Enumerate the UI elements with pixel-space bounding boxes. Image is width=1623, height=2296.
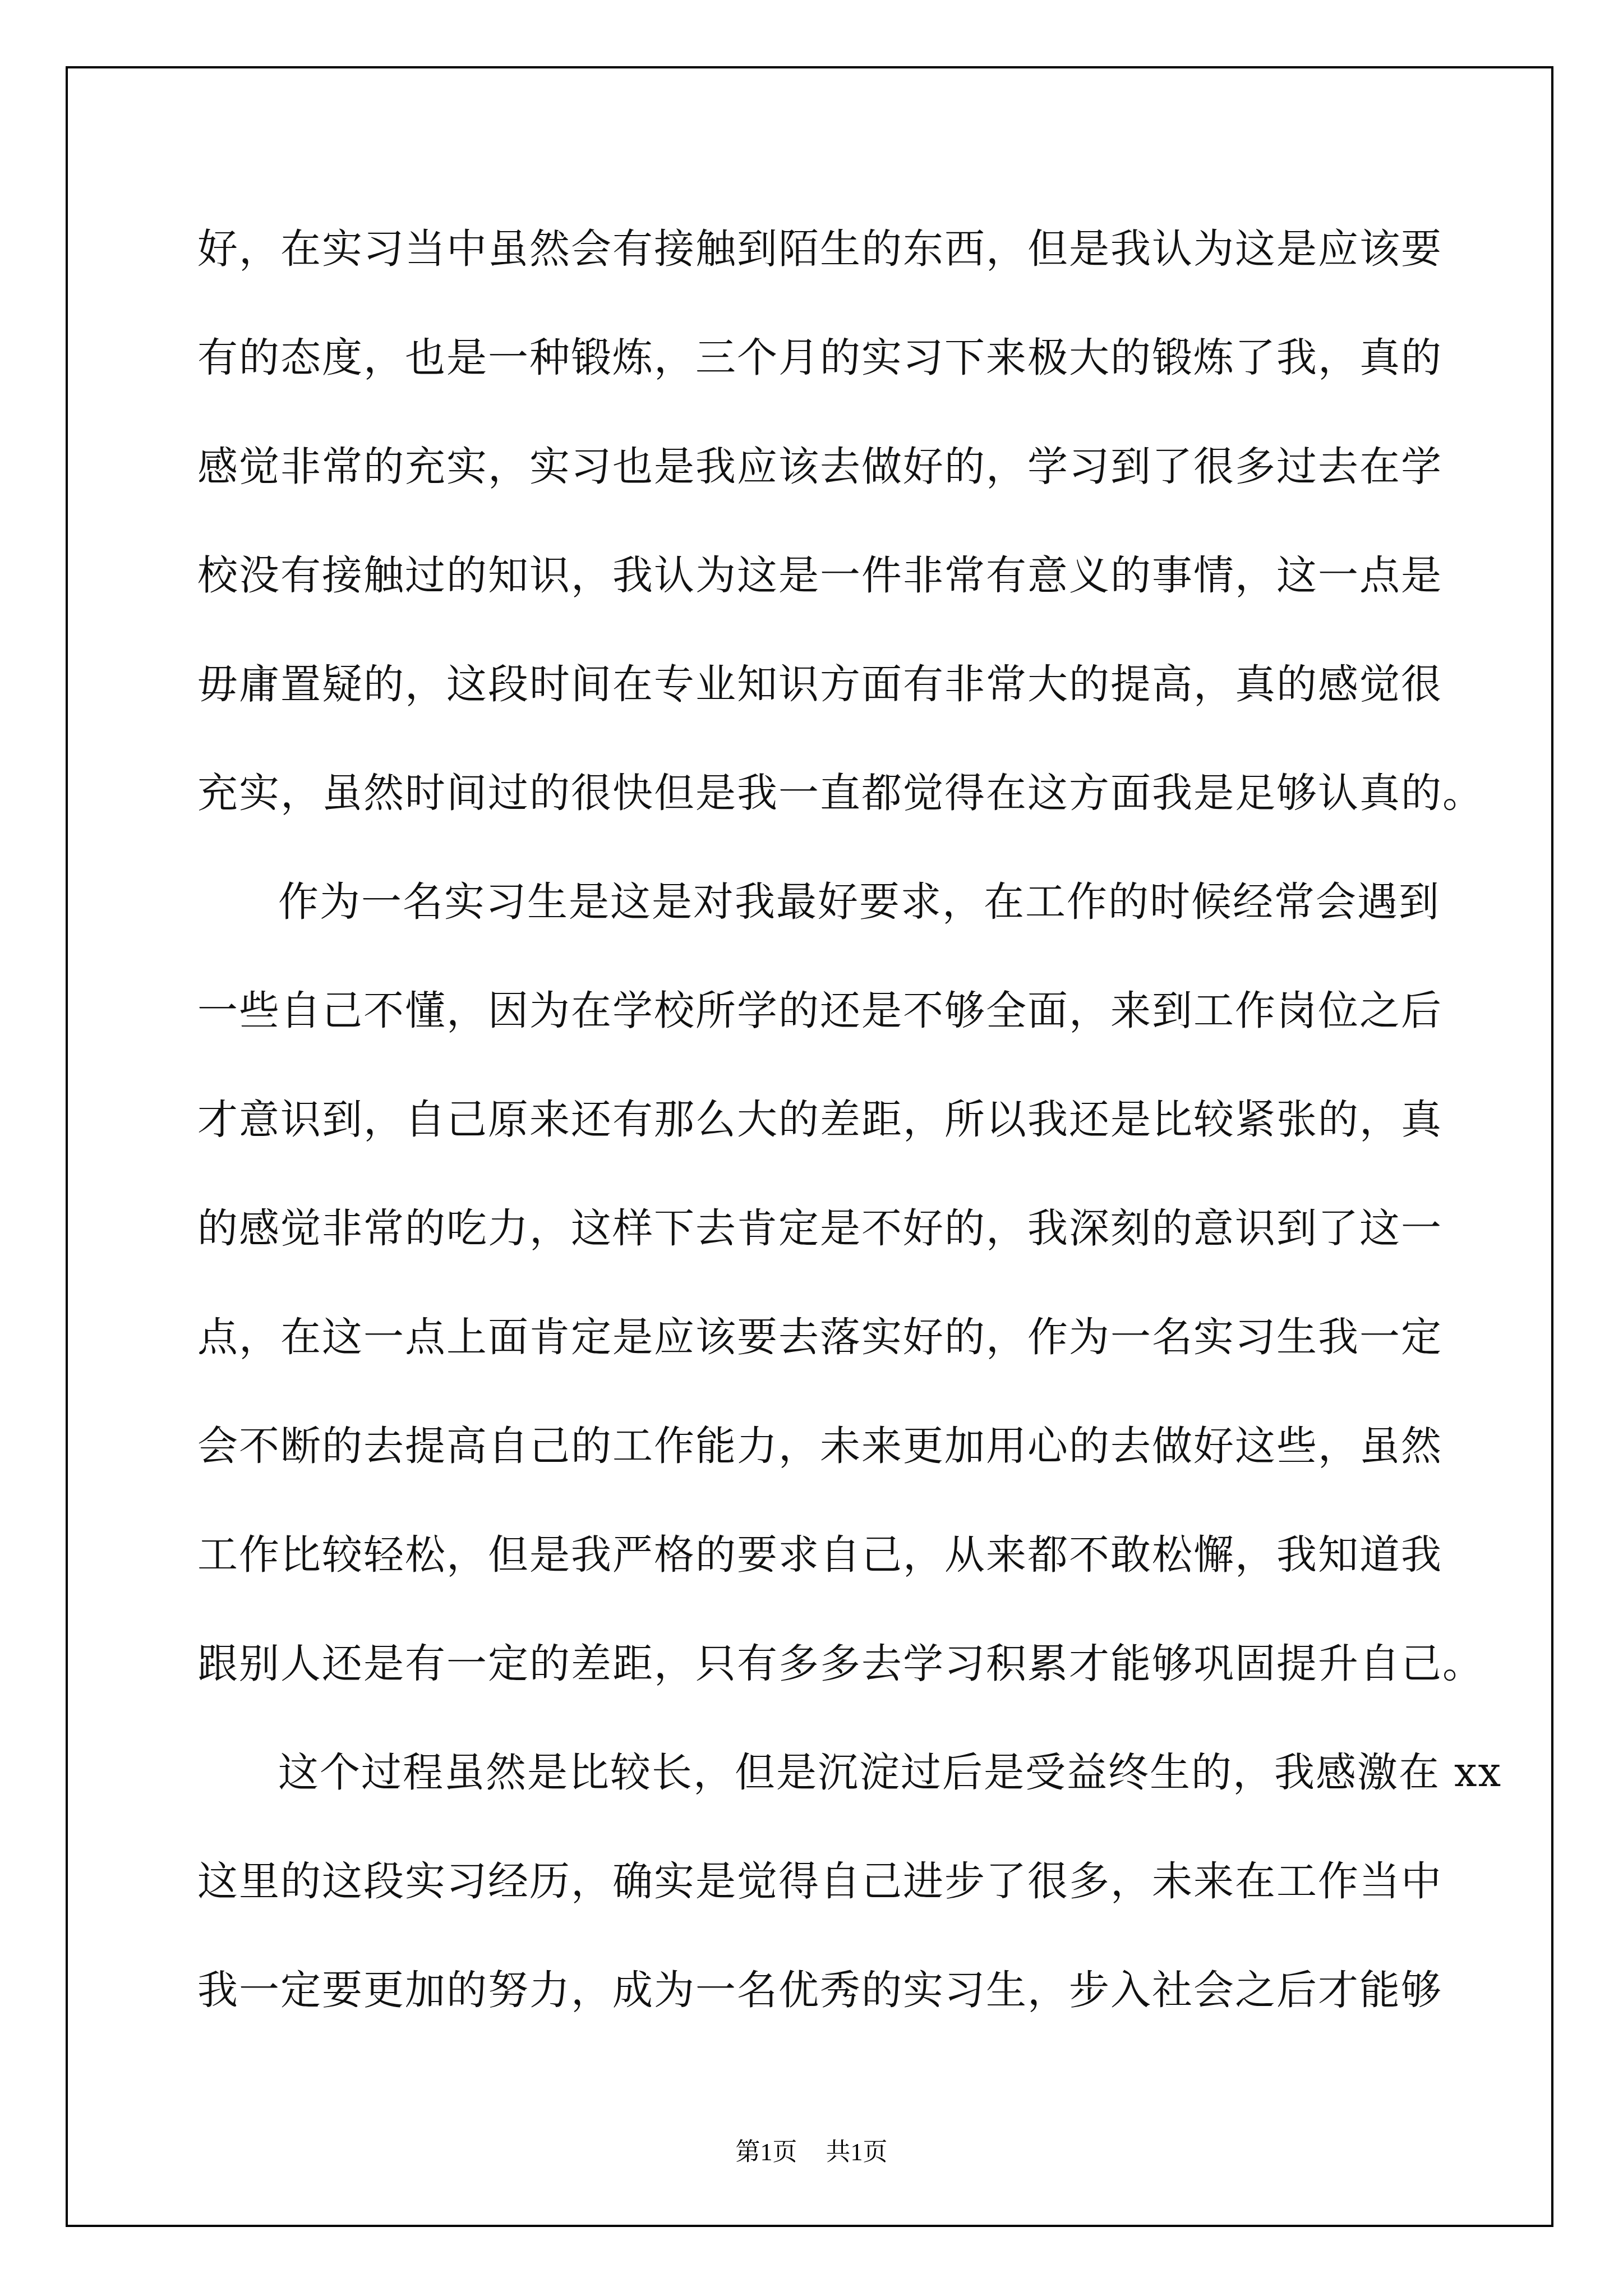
line-text: 毋庸置疑的，这段时间在专业知识方面有非常大的提高，真的感觉很 xyxy=(197,650,1431,759)
text-line: 一些自己不懂，因为在学校所学的还是不够全面，来到工作岗位之后 xyxy=(197,977,1431,1085)
line-text: 校没有接触过的知识，我认为这是一件非常有意义的事情，这一点是 xyxy=(197,541,1431,650)
line-text: 一些自己不懂，因为在学校所学的还是不够全面，来到工作岗位之后 xyxy=(197,977,1431,1085)
paragraph-start-line: 这个过程虽然是比较长，但是沉淀过后是受益终生的，我感激在 xx xyxy=(197,1738,1431,1847)
text-line: 的感觉非常的吃力，这样下去肯定是不好的，我深刻的意识到了这一 xyxy=(197,1194,1431,1303)
line-text: 作为一名实习生是这是对我最好要求，在工作的时候经常会遇到 xyxy=(278,868,1431,977)
text-line: 感觉非常的充实，实习也是我应该去做好的，学习到了很多过去在学 xyxy=(197,432,1431,541)
line-text: 点，在这一点上面肯定是应该要去落实好的，作为一名实习生我一定 xyxy=(197,1303,1431,1412)
document-body: 好，在实习当中虽然会有接触到陌生的东西，但是我认为这是应该要 有的态度，也是一种… xyxy=(197,215,1431,2065)
text-line: 跟别人还是有一定的差距，只有多多去学习积累才能够巩固提升自己。 xyxy=(197,1630,1431,1738)
text-line: 工作比较轻松，但是我严格的要求自己，从来都不敢松懈，我知道我 xyxy=(197,1521,1431,1630)
text-line: 有的态度，也是一种锻炼，三个月的实习下来极大的锻炼了我，真的 xyxy=(197,324,1431,432)
line-text: 充实，虽然时间过的很快但是我一直都觉得在这方面我是足够认真的。 xyxy=(197,759,1431,868)
line-text: 我一定要更加的努力，成为一名优秀的实习生，步入社会之后才能够 xyxy=(197,1956,1431,2065)
page-footer: 第1页 共1页 xyxy=(0,2132,1623,2168)
line-text: 好，在实习当中虽然会有接触到陌生的东西，但是我认为这是应该要 xyxy=(197,215,1431,324)
line-text: 跟别人还是有一定的差距，只有多多去学习积累才能够巩固提升自己。 xyxy=(197,1630,1431,1738)
line-text: 工作比较轻松，但是我严格的要求自己，从来都不敢松懈，我知道我 xyxy=(197,1521,1431,1630)
text-line: 校没有接触过的知识，我认为这是一件非常有意义的事情，这一点是 xyxy=(197,541,1431,650)
text-line: 这里的这段实习经历，确实是觉得自己进步了很多，未来在工作当中 xyxy=(197,1847,1431,1956)
text-line: 好，在实习当中虽然会有接触到陌生的东西，但是我认为这是应该要 xyxy=(197,215,1431,324)
text-line: 我一定要更加的努力，成为一名优秀的实习生，步入社会之后才能够 xyxy=(197,1956,1431,2065)
total-pages-label: 共1页 xyxy=(826,2138,888,2166)
text-line: 会不断的去提高自己的工作能力，未来更加用心的去做好这些，虽然 xyxy=(197,1412,1431,1521)
line-text: 会不断的去提高自己的工作能力，未来更加用心的去做好这些，虽然 xyxy=(197,1412,1431,1521)
line-text: 的感觉非常的吃力，这样下去肯定是不好的，我深刻的意识到了这一 xyxy=(197,1194,1431,1303)
line-text: 才意识到，自己原来还有那么大的差距，所以我还是比较紧张的，真 xyxy=(197,1085,1431,1194)
line-text: 这里的这段实习经历，确实是觉得自己进步了很多，未来在工作当中 xyxy=(197,1847,1431,1956)
paragraph-start-line: 作为一名实习生是这是对我最好要求，在工作的时候经常会遇到 xyxy=(197,868,1431,977)
text-line: 充实，虽然时间过的很快但是我一直都觉得在这方面我是足够认真的。 xyxy=(197,759,1431,868)
current-page-label: 第1页 xyxy=(736,2138,797,2166)
line-text: 这个过程虽然是比较长，但是沉淀过后是受益终生的，我感激在 xx xyxy=(278,1738,1431,1847)
text-line: 点，在这一点上面肯定是应该要去落实好的，作为一名实习生我一定 xyxy=(197,1303,1431,1412)
text-line: 才意识到，自己原来还有那么大的差距，所以我还是比较紧张的，真 xyxy=(197,1085,1431,1194)
line-text: 有的态度，也是一种锻炼，三个月的实习下来极大的锻炼了我，真的 xyxy=(197,324,1431,432)
line-text: 感觉非常的充实，实习也是我应该去做好的，学习到了很多过去在学 xyxy=(197,432,1431,541)
text-line: 毋庸置疑的，这段时间在专业知识方面有非常大的提高，真的感觉很 xyxy=(197,650,1431,759)
